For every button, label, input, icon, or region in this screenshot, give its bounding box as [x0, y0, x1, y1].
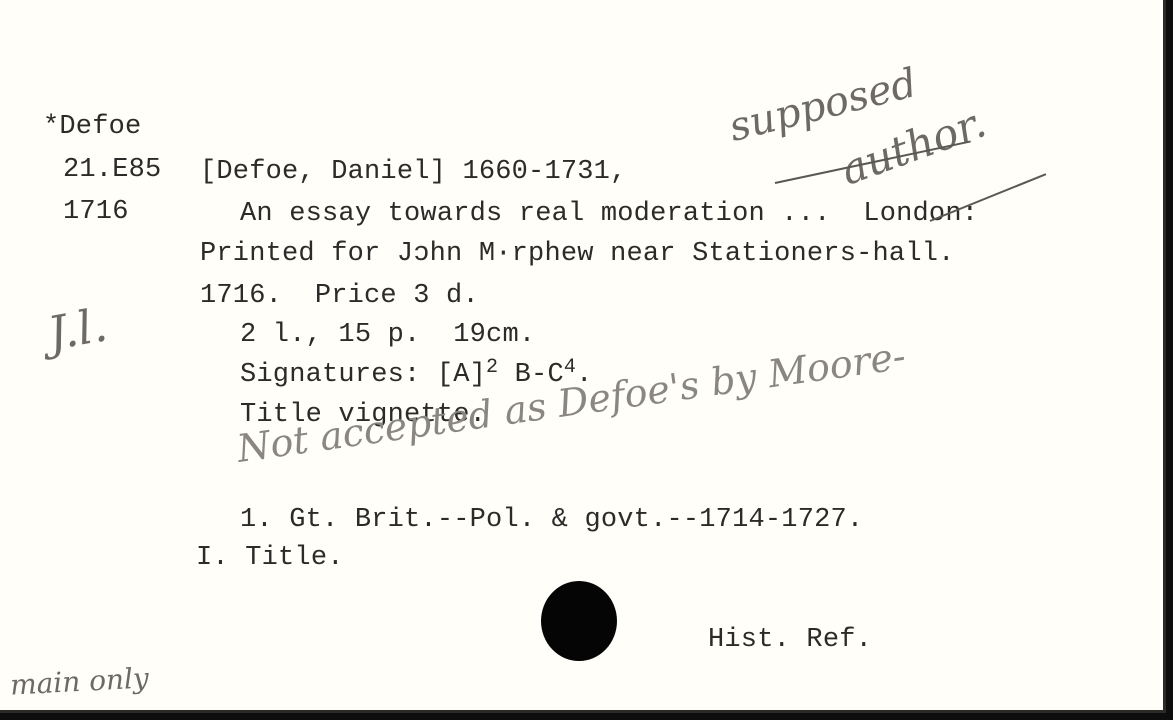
punch-hole — [541, 581, 617, 661]
subject-tracing: 1. Gt. Brit.--Pol. & govt.--1714-1727. — [240, 507, 863, 534]
call-number-line3: 1716 — [63, 199, 129, 226]
catalog-card: *Defoe 21.E85 1716 [Defoe, Daniel] 1660-… — [0, 0, 1166, 713]
call-number-line1: *Defoe — [43, 114, 141, 141]
main-entry-heading: [Defoe, Daniel] 1660-1731, — [200, 159, 626, 186]
imprint-line2: 1716. Price 3 d. — [200, 283, 479, 310]
underline-stroke — [930, 173, 1047, 222]
location-stamp: Hist. Ref. — [708, 627, 872, 654]
handwritten-initials: J.l. — [44, 301, 110, 357]
handwritten-main-only: main only — [9, 664, 149, 699]
title-statement: An essay towards real moderation ... Lon… — [240, 201, 978, 228]
call-number-line2: 21.E85 — [63, 157, 161, 184]
title-tracing: I. Title. — [196, 545, 344, 572]
imprint-line1: Printed for Jɔhn M·rphew near Stationers… — [200, 241, 955, 268]
collation: 2 l., 15 p. 19cm. — [240, 322, 535, 349]
